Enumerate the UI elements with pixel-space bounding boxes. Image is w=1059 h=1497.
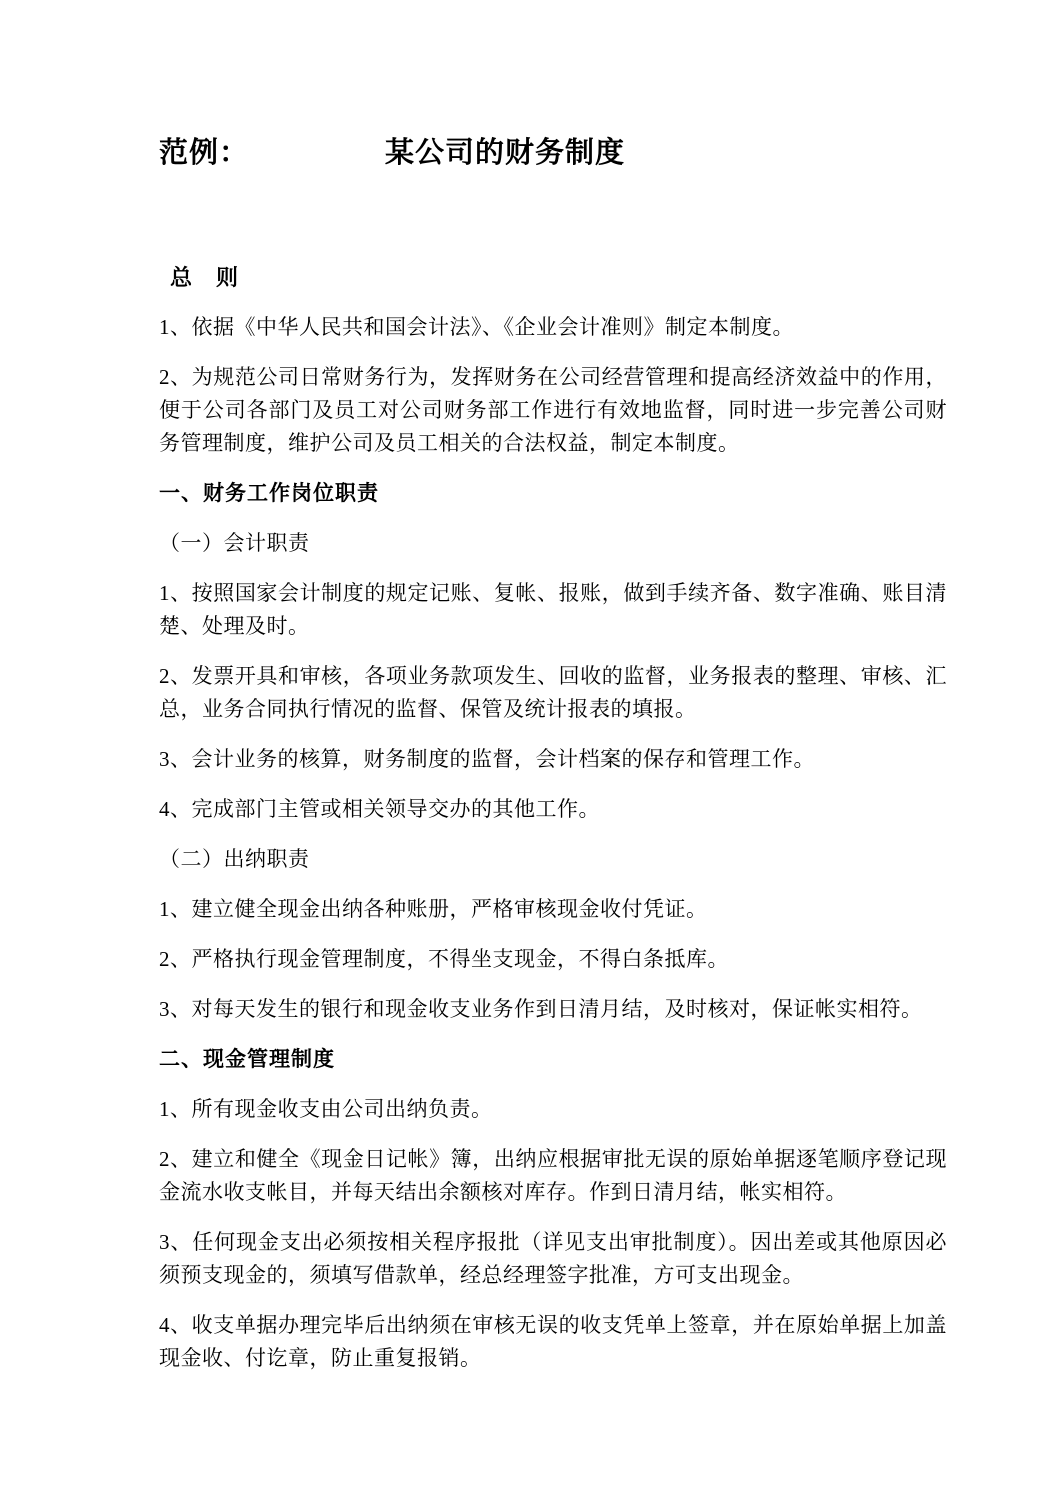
cash-management-paragraph-3: 3、任何现金支出必须按相关程序报批（详见支出审批制度）。因出差或其他原因必须预支… <box>159 1226 947 1292</box>
document-title: 范例：某公司的财务制度 <box>159 133 947 173</box>
section-1-sub-2-heading: （二）出纳职责 <box>159 843 947 876</box>
document-title-text: 某公司的财务制度 <box>385 137 625 169</box>
accounting-duty-paragraph-4: 4、完成部门主管或相关领导交办的其他工作。 <box>159 793 947 826</box>
section-2-heading: 二、现金管理制度 <box>159 1043 947 1076</box>
cash-management-paragraph-2: 2、建立和健全《现金日记帐》簿，出纳应根据审批无误的原始单据逐笔顺序登记现金流水… <box>159 1143 947 1209</box>
section-1-sub-1-heading: （一）会计职责 <box>159 527 947 560</box>
accounting-duty-paragraph-2: 2、发票开具和审核，各项业务款项发生、回收的监督，业务报表的整理、审核、汇总，业… <box>159 660 947 726</box>
section-1-heading: 一、财务工作岗位职责 <box>159 477 947 510</box>
document-page: 范例：某公司的财务制度 总 则 1、依据《中华人民共和国会计法》、《企业会计准则… <box>0 0 1059 1497</box>
cash-management-paragraph-1: 1、所有现金收支由公司出纳负责。 <box>159 1093 947 1126</box>
accounting-duty-paragraph-3: 3、会计业务的核算，财务制度的监督，会计档案的保存和管理工作。 <box>159 743 947 776</box>
document-title-label: 范例： <box>159 137 249 169</box>
cashier-duty-paragraph-3: 3、对每天发生的银行和现金收支业务作到日清月结，及时核对，保证帐实相符。 <box>159 993 947 1026</box>
accounting-duty-paragraph-1: 1、按照国家会计制度的规定记账、复帐、报账，做到手续齐备、数字准确、账目清楚、处… <box>159 577 947 643</box>
cashier-duty-paragraph-2: 2、严格执行现金管理制度，不得坐支现金，不得白条抵库。 <box>159 943 947 976</box>
cash-management-paragraph-4: 4、收支单据办理完毕后出纳须在审核无误的收支凭单上签章，并在原始单据上加盖现金收… <box>159 1309 947 1375</box>
general-paragraph-1: 1、依据《中华人民共和国会计法》、《企业会计准则》制定本制度。 <box>159 311 947 344</box>
general-paragraph-2: 2、为规范公司日常财务行为，发挥财务在公司经营管理和提高经济效益中的作用，便于公… <box>159 361 947 460</box>
general-rules-heading: 总 则 <box>159 261 947 294</box>
cashier-duty-paragraph-1: 1、建立健全现金出纳各种账册，严格审核现金收付凭证。 <box>159 893 947 926</box>
